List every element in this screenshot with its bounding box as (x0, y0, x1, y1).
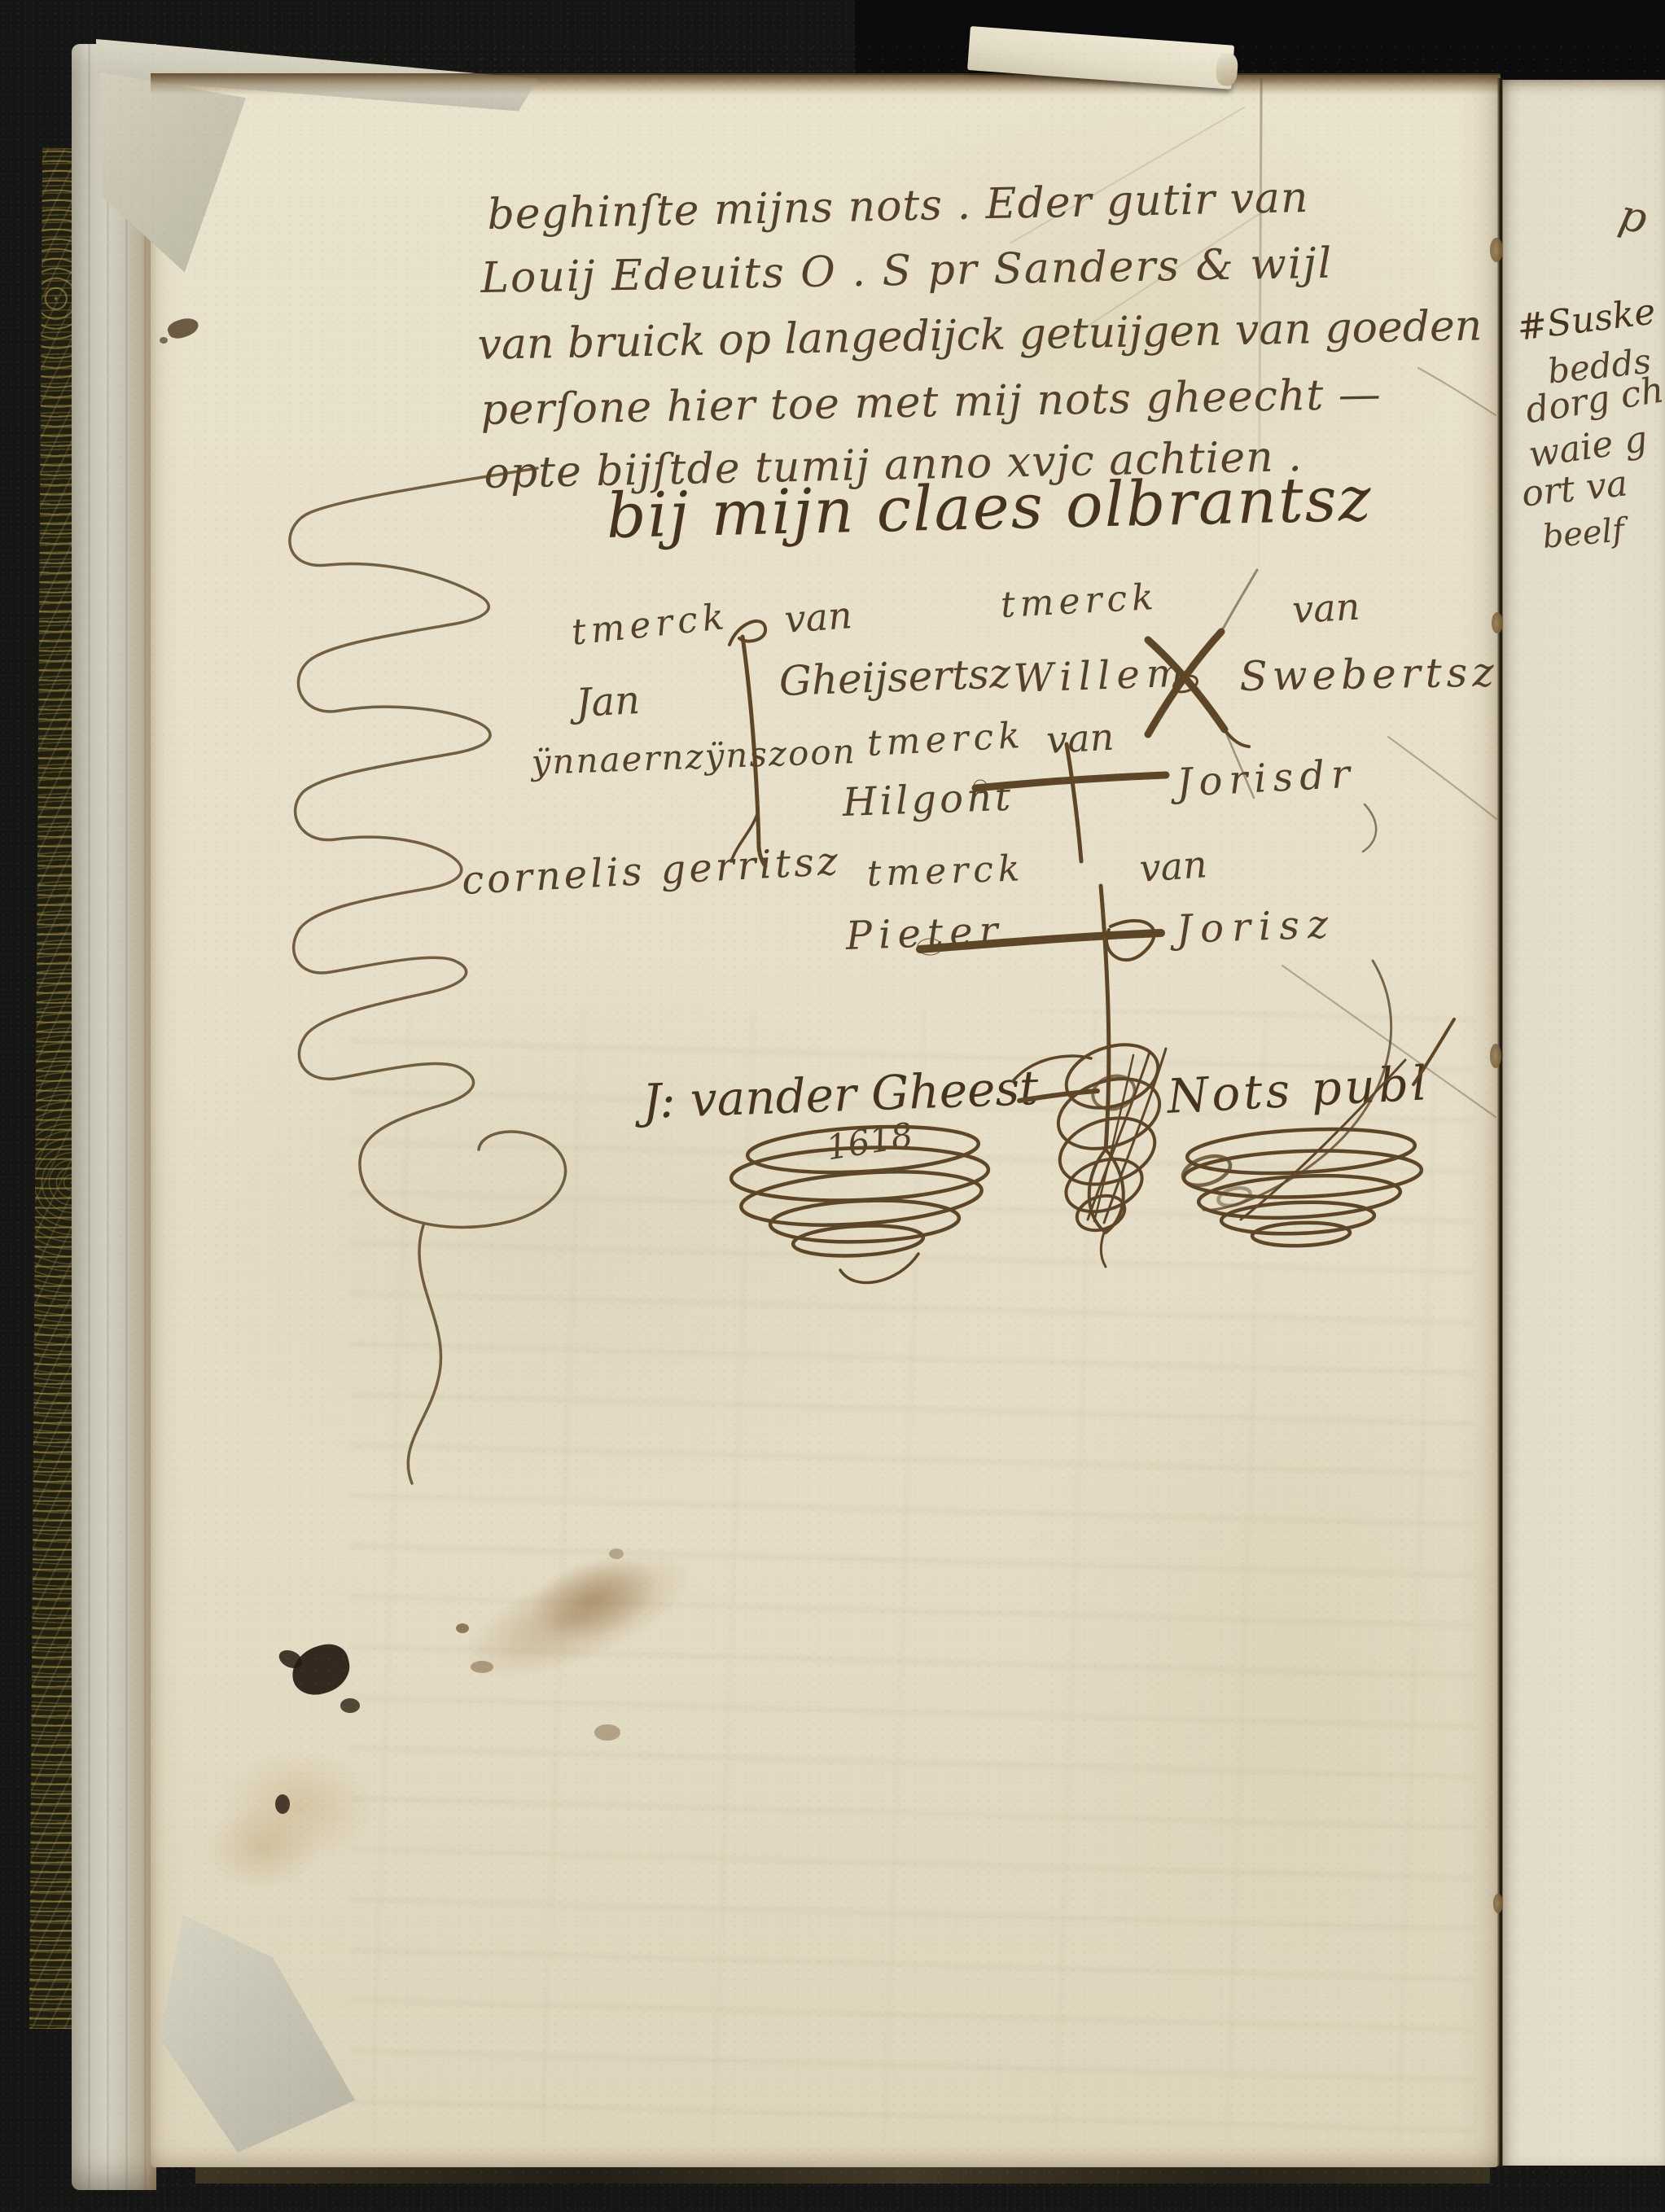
marginal-note-fragment: beelf (1541, 514, 1626, 554)
adjacent-page: p #Suske bedds dorg ch waie g ort va bee… (1502, 80, 1665, 2166)
small-stain-dot (471, 1661, 493, 1673)
page-gutter-line (1497, 78, 1503, 2167)
small-stain-dot (609, 1548, 624, 1559)
manuscript-scan: p #Suske bedds dorg ch waie g ort va bee… (0, 0, 1665, 2212)
witness-first-name: Hilgont (842, 777, 1014, 822)
witness-of-label: van (1138, 845, 1208, 887)
marginal-note-fragment: ort va (1520, 466, 1629, 512)
notary-title: Nots publ (1166, 1059, 1431, 1120)
sewing-thread (1490, 1044, 1501, 1068)
witness-surname: Jorisz (1176, 905, 1337, 949)
pale-stain (205, 1807, 319, 1889)
witness-first-name: Jan (575, 681, 641, 723)
witness-mark-label: tmerck (866, 851, 1025, 892)
witness-first-name: Pieter (845, 911, 1005, 956)
page-top-browned-edge (151, 73, 1501, 94)
notary-signature: J: vander Gheest (642, 1064, 1039, 1125)
margin-ink-speck (160, 337, 168, 344)
witness-mark-label: tmerck (866, 718, 1026, 762)
small-stain-dot (456, 1623, 469, 1633)
small-stain-dot (275, 1794, 290, 1814)
ink-show-through (350, 1010, 1474, 2141)
witness-surname: Jorisdr (1176, 754, 1357, 802)
sewing-thread (1492, 612, 1503, 633)
marginal-note-fragment: #Suske (1515, 294, 1658, 346)
attestation-heading: bij mijn claes olbrantsz (606, 468, 1373, 547)
witness-mark-label: tmerck (1000, 580, 1159, 624)
adjacent-page-mark: p (1615, 194, 1650, 241)
witness-surname: Swebertsz (1239, 651, 1499, 697)
ink-blot (340, 1698, 360, 1713)
sewing-thread (1493, 1894, 1503, 1913)
witness-of-label: van (1045, 718, 1115, 759)
small-stain-dot (594, 1724, 620, 1741)
sewing-thread (1490, 238, 1503, 262)
witness-of-label: van (783, 596, 853, 638)
witness-first-name: Willem (1013, 653, 1190, 699)
witness-of-label: van (1291, 588, 1360, 629)
witness-surname: Gheijsertsz (778, 653, 1011, 702)
parchment-spine (72, 44, 156, 2190)
